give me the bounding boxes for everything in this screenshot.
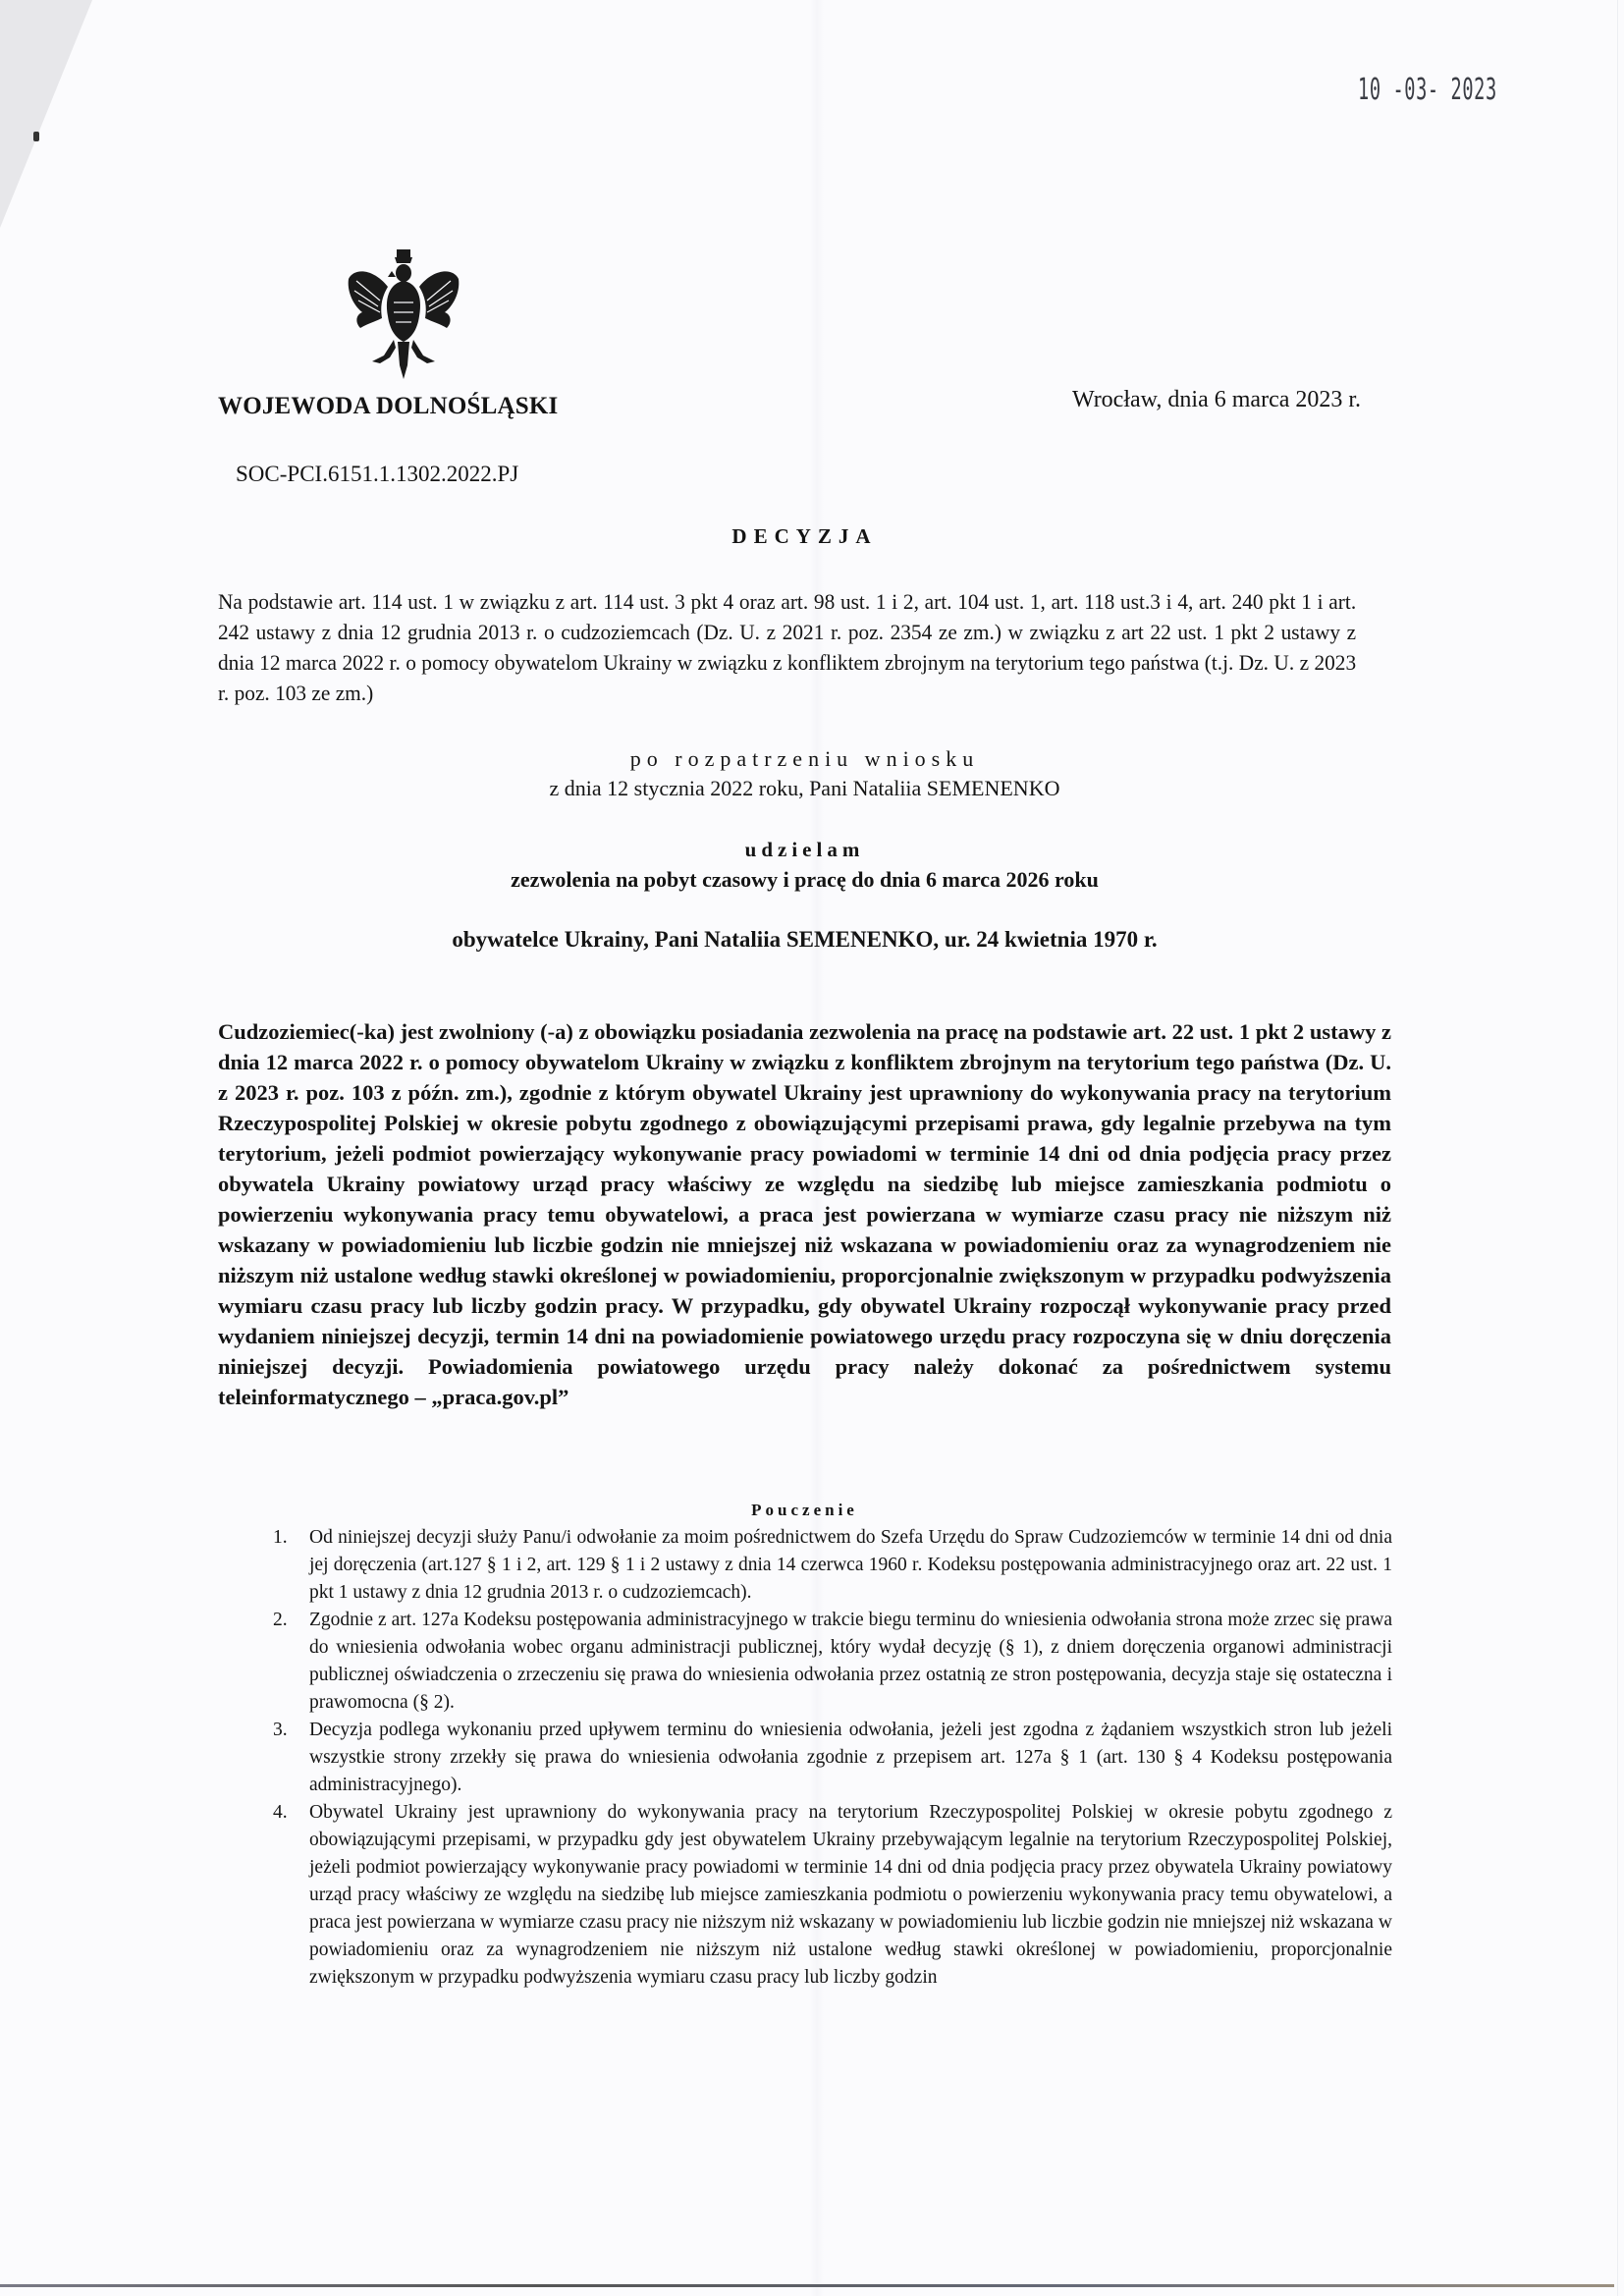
instruction-item: 3. Decyzja podlega wykonaniu przed upływ… [273, 1717, 1392, 1799]
work-permit-exemption-paragraph: Cudzoziemiec(-ka) jest zwolniony (-a) z … [218, 1016, 1391, 1412]
permit-description: zezwolenia na pobyt czasowy i pracę do d… [218, 867, 1391, 893]
paper-bottom-edge [0, 2284, 1614, 2287]
grant-heading: udzielam [218, 838, 1391, 862]
instruction-text: Decyzja podlega wykonaniu przed upływem … [309, 1717, 1392, 1799]
instruction-item: 2. Zgodnie z art. 127a Kodeksu postępowa… [273, 1607, 1392, 1717]
instruction-number: 1. [273, 1524, 309, 1607]
polish-eagle-emblem-icon [344, 247, 463, 381]
application-date: z dnia 12 stycznia 2022 roku, Pani Natal… [218, 776, 1391, 801]
instruction-text: Zgodnie z art. 127a Kodeksu postępowania… [309, 1607, 1392, 1717]
instruction-number: 2. [273, 1607, 309, 1717]
legal-basis-paragraph: Na podstawie art. 114 ust. 1 w związku z… [218, 586, 1356, 708]
recipient-line: obywatelce Ukrainy, Pani Nataliia SEMENE… [218, 927, 1391, 953]
after-review-heading: po rozpatrzeniu wniosku [218, 746, 1391, 772]
scan-background-corner [0, 0, 92, 228]
received-date-stamp: 10 -03- 2023 [1358, 73, 1497, 107]
instruction-item: 1. Od niniejszej decyzji służy Panu/i od… [273, 1524, 1392, 1607]
document-title: DECYZJA [218, 524, 1391, 549]
paper-edge [1617, 0, 1618, 2296]
instruction-number: 3. [273, 1717, 309, 1799]
instruction-text: Obywatel Ukrainy jest uprawniony do wyko… [309, 1799, 1392, 1992]
instruction-item: 4. Obywatel Ukrainy jest uprawniony do w… [273, 1799, 1392, 1992]
instruction-number: 4. [273, 1799, 309, 1992]
issuing-authority: WOJEWODA DOLNOŚLĄSKI [218, 393, 558, 420]
instruction-text: Od niniejszej decyzji służy Panu/i odwoł… [309, 1524, 1392, 1607]
instructions-title: Pouczenie [218, 1501, 1391, 1520]
scan-speck [33, 132, 39, 141]
case-reference-number: SOC-PCI.6151.1.1302.2022.PJ [236, 462, 518, 487]
place-and-date: Wrocław, dnia 6 marca 2023 r. [1072, 387, 1361, 413]
instructions-list: 1. Od niniejszej decyzji służy Panu/i od… [273, 1524, 1392, 1992]
